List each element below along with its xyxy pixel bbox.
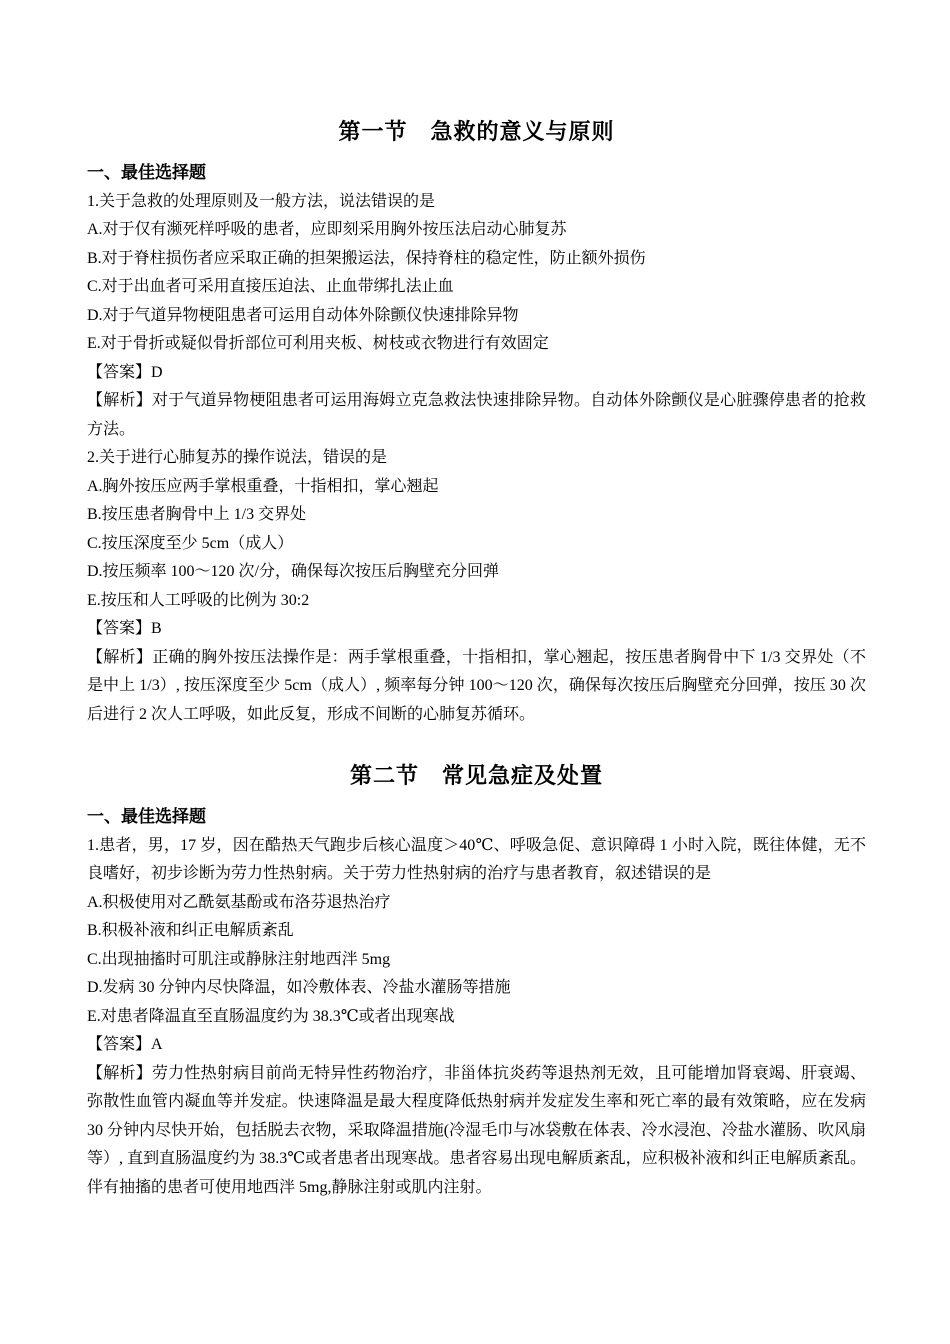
- answer-value: D: [151, 364, 163, 381]
- option-c: C.按压深度至少 5cm（成人）: [87, 530, 866, 559]
- option-d: D.对于气道异物梗阻患者可运用自动体外除颤仪快速排除异物: [87, 302, 866, 331]
- analysis-line: 【解析】正确的胸外按压法操作是：两手掌根重叠，十指相扣，掌心翘起，按压患者胸骨中…: [87, 644, 866, 730]
- section-2-subheading: 一、最佳选择题: [87, 803, 866, 832]
- analysis-label: 【解析】: [87, 1065, 152, 1082]
- analysis-text: 劳力性热射病目前尚无特异性药物治疗，非甾体抗炎药等退热剂无效，且可能增加肾衰竭、…: [87, 1065, 866, 1196]
- answer-value: A: [151, 1036, 163, 1053]
- option-a: A.积极使用对乙酰氨基酚或布洛芬退热治疗: [87, 889, 866, 918]
- option-d: D.发病 30 分钟内尽快降温，如冷敷体表、冷盐水灌肠等措施: [87, 974, 866, 1003]
- option-e: E.按压和人工呼吸的比例为 30:2: [87, 587, 866, 616]
- answer-line: 【答案】A: [87, 1031, 866, 1060]
- option-b: B.按压患者胸骨中上 1/3 交界处: [87, 501, 866, 530]
- option-e: E.对患者降温直至直肠温度约为 38.3℃或者出现寒战: [87, 1003, 866, 1032]
- option-d: D.按压频率 100～120 次/分，确保每次按压后胸壁充分回弹: [87, 558, 866, 587]
- option-a: A.对于仅有濒死样呼吸的患者，应即刻采用胸外按压法启动心肺复苏: [87, 216, 866, 245]
- section-1-title: 第一节 急救的意义与原则: [87, 117, 866, 147]
- question-stem: 2.关于进行心肺复苏的操作说法，错误的是: [87, 444, 866, 473]
- answer-line: 【答案】D: [87, 359, 866, 388]
- answer-line: 【答案】B: [87, 615, 866, 644]
- analysis-line: 【解析】对于气道异物梗阻患者可运用海姆立克急救法快速排除异物。自动体外除颤仪是心…: [87, 387, 866, 444]
- section-1-subheading: 一、最佳选择题: [87, 159, 866, 188]
- analysis-label: 【解析】: [87, 649, 152, 666]
- option-b: B.对于脊柱损伤者应采取正确的担架搬运法，保持脊柱的稳定性，防止额外损伤: [87, 245, 866, 274]
- option-a: A.胸外按压应两手掌根重叠，十指相扣，掌心翘起: [87, 473, 866, 502]
- question-stem: 1.关于急救的处理原则及一般方法，说法错误的是: [87, 188, 866, 217]
- section-2-title: 第二节 常见急症及处置: [87, 761, 866, 791]
- answer-label: 【答案】: [87, 620, 151, 637]
- analysis-text: 正确的胸外按压法操作是：两手掌根重叠，十指相扣，掌心翘起，按压患者胸骨中下 1/…: [87, 649, 866, 723]
- answer-label: 【答案】: [87, 364, 151, 381]
- option-c: C.对于出血者可采用直接压迫法、止血带绑扎法止血: [87, 273, 866, 302]
- analysis-label: 【解析】: [87, 392, 152, 409]
- answer-value: B: [151, 620, 162, 637]
- question-stem: 1.患者，男，17 岁，因在酷热天气跑步后核心温度＞40℃、呼吸急促、意识障碍 …: [87, 832, 866, 889]
- option-e: E.对于骨折或疑似骨折部位可利用夹板、树枝或衣物进行有效固定: [87, 330, 866, 359]
- option-b: B.积极补液和纠正电解质紊乱: [87, 917, 866, 946]
- analysis-text: 对于气道异物梗阻患者可运用海姆立克急救法快速排除异物。自动体外除颤仪是心脏骤停患…: [87, 392, 866, 438]
- option-c: C.出现抽搐时可肌注或静脉注射地西泮 5mg: [87, 946, 866, 975]
- analysis-line: 【解析】劳力性热射病目前尚无特异性药物治疗，非甾体抗炎药等退热剂无效，且可能增加…: [87, 1060, 866, 1203]
- answer-label: 【答案】: [87, 1036, 151, 1053]
- document-page: 第一节 急救的意义与原则 一、最佳选择题 1.关于急救的处理原则及一般方法，说法…: [0, 0, 950, 1344]
